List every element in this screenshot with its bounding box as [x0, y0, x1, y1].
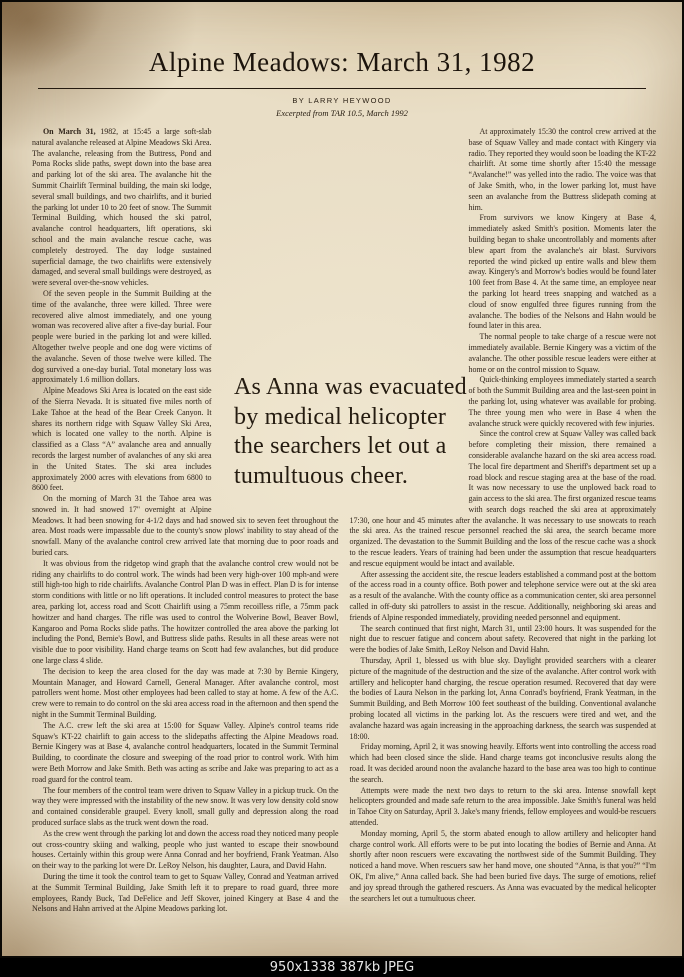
- article-paragraph: At approximately 15:30 the control crew …: [350, 127, 657, 213]
- article-paragraph: Thursday, April 1, blessed us with blue …: [350, 656, 657, 742]
- pull-quote-line: tumultuous cheer.: [234, 462, 460, 492]
- screenshot-root: { "colors": { "paper": "#e9dec6", "ink":…: [0, 0, 684, 977]
- left-column: On March 31, 1982, at 15:45 a large soft…: [32, 127, 339, 939]
- pull-quote-line: As Anna was evacuated: [234, 373, 460, 403]
- article-paragraph: After assessing the accident site, the r…: [350, 570, 657, 624]
- right-column: At approximately 15:30 the control crew …: [350, 127, 657, 939]
- pull-quote-line: the searchers let out a: [234, 432, 460, 462]
- article-paragraph: Monday morning, April 5, the storm abate…: [350, 829, 657, 905]
- article-paragraph: It was obvious from the ridgetop wind gr…: [32, 559, 339, 667]
- article-paragraph: Friday morning, April 2, it was snowing …: [350, 742, 657, 785]
- article-header: Alpine Meadows: March 31, 1982 BY LARRY …: [2, 2, 682, 118]
- article-page: Alpine Meadows: March 31, 1982 BY LARRY …: [0, 0, 684, 958]
- caption-bar: 950x1338 387kb JPEG: [0, 958, 684, 977]
- article-body: On March 31, 1982, at 15:45 a large soft…: [32, 127, 656, 939]
- article-paragraph: Attempts were made the next two days to …: [350, 786, 657, 829]
- article-paragraph: The decision to keep the area closed for…: [32, 667, 339, 721]
- pull-quote: As Anna was evacuated by medical helicop…: [234, 373, 460, 491]
- article-paragraph: The search continued that first night, M…: [350, 624, 657, 656]
- paragraph-text: 1982, at 15:45 a large soft-slab natural…: [32, 127, 212, 287]
- title-divider: [38, 88, 646, 89]
- article-paragraph: From survivors we know Kingery at Base 4…: [350, 213, 657, 332]
- article-paragraph: The four members of the control team wer…: [32, 786, 339, 829]
- source-note: Excerpted from TAR 10.5, March 1992: [2, 108, 682, 118]
- article-paragraph: During the time it took the control team…: [32, 872, 339, 915]
- article-paragraph: As the crew went through the parking lot…: [32, 829, 339, 872]
- lead-in: On March 31,: [43, 127, 96, 136]
- pull-quote-line: by medical helicopter: [234, 403, 460, 433]
- image-size-caption: 950x1338 387kb JPEG: [270, 960, 414, 975]
- byline: BY LARRY HEYWOOD: [2, 96, 682, 105]
- article-paragraph: On March 31, 1982, at 15:45 a large soft…: [32, 127, 339, 289]
- page-title: Alpine Meadows: March 31, 1982: [2, 2, 682, 78]
- article-paragraph: The A.C. crew left the ski area at 15:00…: [32, 721, 339, 786]
